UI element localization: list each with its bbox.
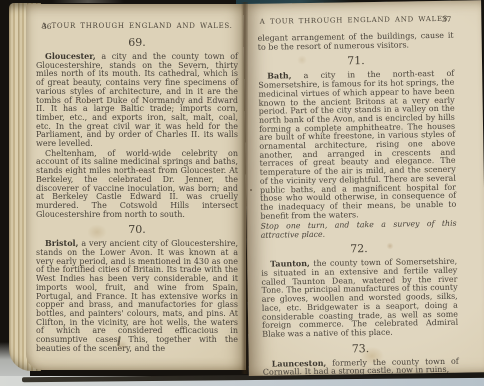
entry-text: a city and the county town of Gloucester… [36, 52, 238, 148]
entry-text: a city in the north-east of Somersetshir… [258, 69, 456, 220]
entry-text: a very ancient city of Gloucestershire, … [36, 239, 238, 352]
section-number: 72. [261, 242, 457, 257]
section-number: 69. [36, 37, 238, 49]
section-number: 70. [36, 224, 238, 236]
page-gutter-shadow [241, 2, 248, 374]
game-instruction-note: Stop one turn, and take a survey of this… [261, 219, 457, 240]
paragraph: Bath, a city in the north-east of Somers… [258, 69, 456, 221]
entry-text: the county town of Somersetshire, is sit… [261, 257, 458, 339]
entry-name: Gloucester, [45, 51, 96, 61]
continuation-paragraph: elegant arrangement of the buildings, ca… [258, 32, 454, 52]
paragraph: Gloucester, a city and the county town o… [36, 52, 238, 149]
right-page: A TOUR THROUGH ENGLAND AND WALES. 37 ele… [243, 0, 484, 376]
page-number: 37 [442, 15, 452, 24]
right-page-header: A TOUR THROUGH ENGLAND AND WALES. 37 [257, 15, 453, 28]
left-page-content: 36 A TOUR THROUGH ENGLAND AND WALES. 69.… [36, 22, 238, 355]
margin-speck [250, 189, 252, 191]
book-photo: 36 A TOUR THROUGH ENGLAND AND WALES. 69.… [0, 0, 484, 386]
paragraph: Cheltenham, of world-wide celebrity on a… [36, 150, 238, 220]
paragraph: Launceston, formerly the county town of … [263, 356, 459, 377]
left-page: 36 A TOUR THROUGH ENGLAND AND WALES. 69.… [26, 4, 246, 370]
paragraph: Bristol, a very ancient city of Gloucest… [36, 239, 238, 353]
page-top-edge [52, 0, 124, 3]
paragraph: Taunton, the county town of Somersetshir… [261, 257, 458, 339]
entry-name: Bristol, [45, 238, 78, 248]
right-page-content: A TOUR THROUGH ENGLAND AND WALES. 37 ele… [257, 15, 459, 379]
running-title: A TOUR THROUGH ENGLAND AND WALES. [257, 15, 453, 26]
section-number: 71. [258, 54, 454, 69]
entry-text: elegant arrangement of the buildings, ca… [258, 31, 454, 52]
section-number: 73. [262, 341, 458, 356]
entry-text: Cheltenham, of world-wide celebrity on a… [36, 149, 238, 219]
running-title: A TOUR THROUGH ENGLAND AND WALES. [36, 22, 238, 30]
left-page-header: 36 A TOUR THROUGH ENGLAND AND WALES. [36, 22, 238, 32]
